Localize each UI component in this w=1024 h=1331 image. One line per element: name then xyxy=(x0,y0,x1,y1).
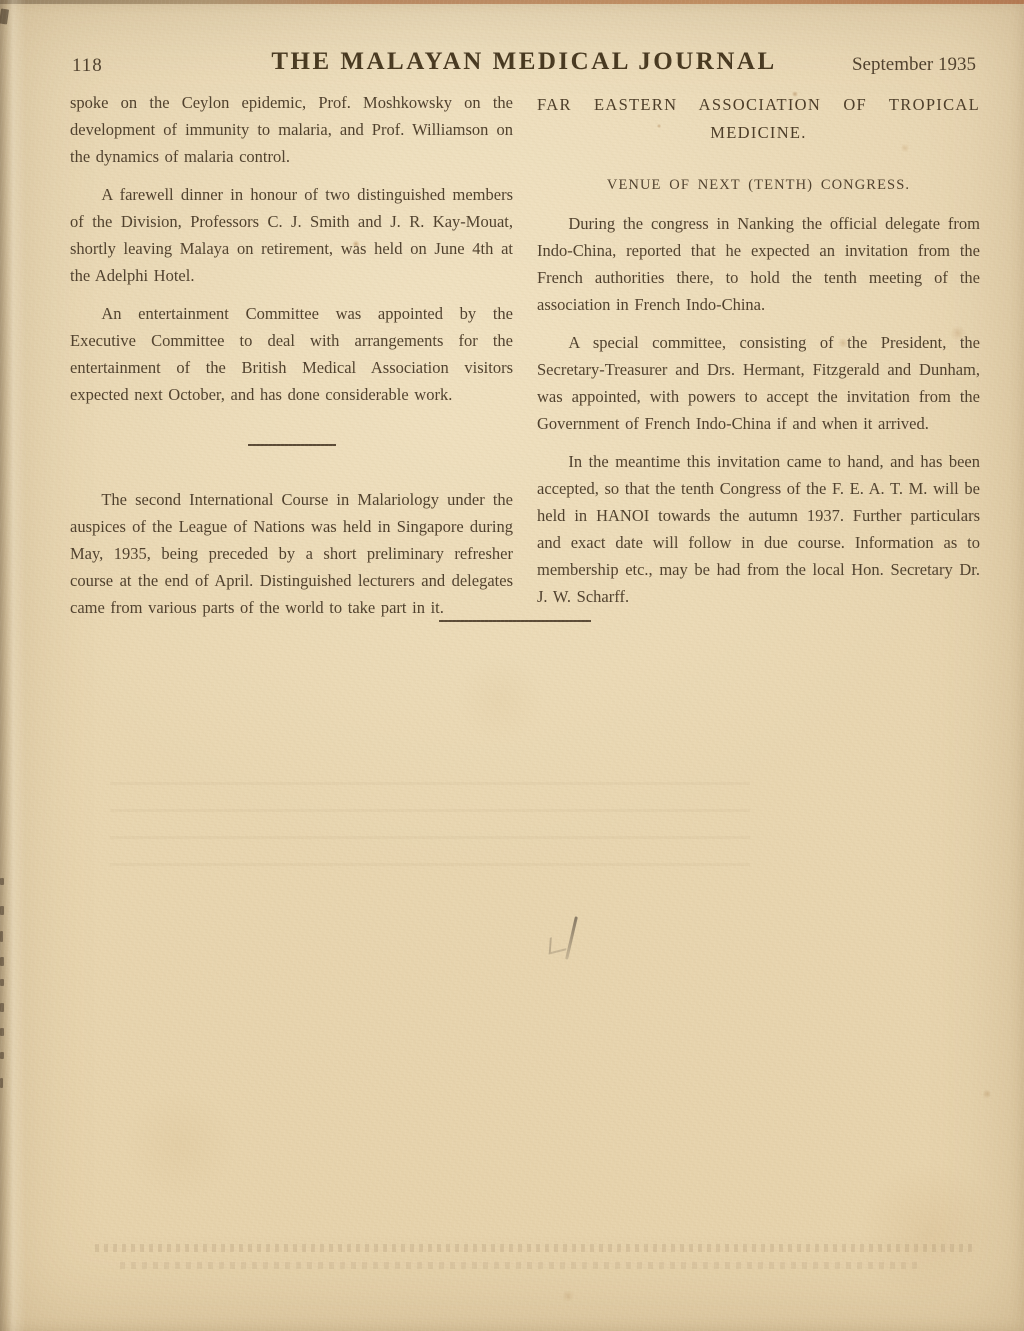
paragraph: In the meantime this invitation came to … xyxy=(537,448,980,610)
paragraph: A special committee, consisting of the P… xyxy=(537,329,980,437)
section-divider xyxy=(248,444,336,446)
subsection-title: VENUE OF NEXT (TENTH) CONGRESS. xyxy=(537,177,980,194)
end-of-section-divider xyxy=(439,620,591,622)
journal-page: 118 THE MALAYAN MEDICAL JOURNAL Septembe… xyxy=(0,0,1024,1331)
paragraph: A farewell dinner in honour of two disti… xyxy=(70,181,513,289)
left-column: spoke on the Ceylon epidemic, Prof. Mosh… xyxy=(70,89,513,632)
scan-edge-mark xyxy=(0,1052,4,1059)
right-column: FAR EASTERN ASSOCIATION OF TROPICAL MEDI… xyxy=(537,89,980,632)
issue-date: September 1935 xyxy=(852,54,976,76)
page-top-edge xyxy=(0,0,1024,4)
journal-title: THE MALAYAN MEDICAL JOURNAL xyxy=(70,48,978,76)
scan-edge-mark xyxy=(0,957,4,966)
page-body: spoke on the Ceylon epidemic, Prof. Mosh… xyxy=(70,89,980,632)
pencil-mark xyxy=(549,933,568,954)
scan-edge-mark xyxy=(0,878,4,885)
pencil-mark xyxy=(565,916,578,960)
paragraph: An entertainment Committee was appointed… xyxy=(70,300,513,408)
ghost-text-band xyxy=(110,782,750,872)
ghost-text-band xyxy=(120,1262,920,1269)
scan-edge-mark xyxy=(0,979,4,986)
scan-edge-mark xyxy=(0,1028,4,1036)
paragraph: During the congress in Nanking the offic… xyxy=(537,210,980,318)
paragraph: The second International Course in Malar… xyxy=(70,486,513,621)
scan-edge-mark xyxy=(0,1003,4,1012)
scan-edge-mark xyxy=(0,906,4,915)
scan-edge-mark xyxy=(0,1078,3,1088)
section-title: FAR EASTERN ASSOCIATION OF TROPICAL MEDI… xyxy=(537,91,980,147)
scan-edge-mark xyxy=(0,931,3,942)
page-header: 118 THE MALAYAN MEDICAL JOURNAL Septembe… xyxy=(70,48,978,82)
ghost-text-band xyxy=(95,1244,975,1252)
page-binding-edge xyxy=(0,0,26,1331)
paragraph: spoke on the Ceylon epidemic, Prof. Mosh… xyxy=(70,89,513,170)
